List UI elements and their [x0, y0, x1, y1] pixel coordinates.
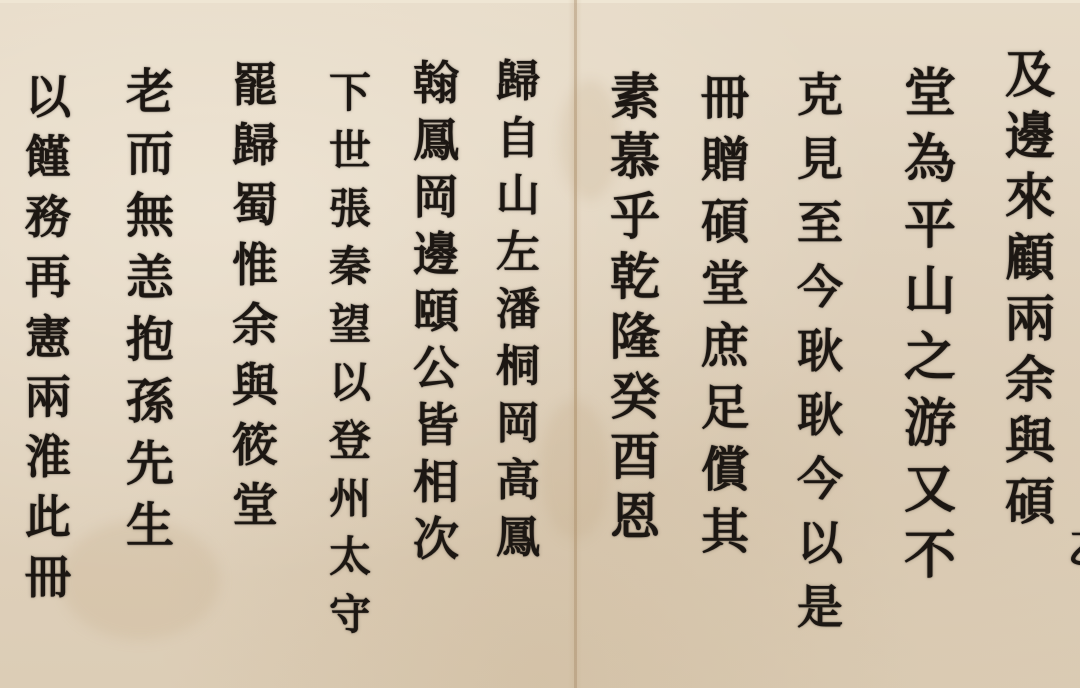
character: 以	[329, 362, 371, 404]
character: 生	[126, 502, 174, 550]
character: 碩	[701, 198, 749, 246]
character: 左	[496, 231, 540, 275]
character: 惟	[232, 242, 278, 288]
character: 望	[329, 304, 371, 346]
character: 高	[496, 459, 540, 503]
character: 其	[701, 508, 749, 556]
character: 之	[904, 332, 956, 384]
character: 碩	[1005, 477, 1055, 527]
character: 平	[904, 200, 956, 252]
character: 與	[1005, 416, 1055, 466]
character: 秦	[329, 246, 371, 288]
text-column-5: 素慕乎乾隆癸酉恩	[610, 72, 660, 552]
character: 憲	[25, 314, 71, 360]
character: 罷	[232, 62, 278, 108]
calligraphy-paper: 及邊來顧兩余與碩堂為平山之游又不克見至今耿耿今以是冊贈碩堂庶足償其素慕乎乾隆癸酉…	[0, 0, 1080, 688]
character: 邊	[413, 231, 459, 277]
text-column-4: 冊贈碩堂庶足償其	[701, 74, 749, 570]
character: 鳳	[496, 516, 540, 560]
character: 堂	[232, 482, 278, 528]
character: 老	[126, 68, 174, 116]
character: 此	[25, 494, 71, 540]
character: 與	[232, 362, 278, 408]
character: 癸	[610, 372, 660, 422]
character: 償	[701, 446, 749, 494]
character: 足	[701, 384, 749, 432]
character: 自	[496, 117, 540, 161]
character: 而	[126, 130, 174, 178]
character: 酉	[610, 432, 660, 482]
character: 贈	[701, 136, 749, 184]
text-column-8: 下世張秦望以登州太守	[329, 72, 371, 652]
character: 兩	[25, 374, 71, 420]
character: 庶	[701, 322, 749, 370]
text-column-6: 歸自山左潘桐岡高鳳	[496, 60, 540, 573]
character: 克	[797, 72, 843, 118]
character: 筱	[232, 422, 278, 468]
character: 顧	[1005, 233, 1055, 283]
character: 為	[904, 134, 956, 186]
character: 恩	[610, 492, 660, 542]
character: 乎	[610, 192, 660, 242]
character: 歸	[232, 122, 278, 168]
character: 山	[904, 266, 956, 318]
character: 游	[904, 398, 956, 450]
character: 無	[126, 192, 174, 240]
character: 鳳	[413, 117, 459, 163]
character: 再	[25, 254, 71, 300]
character: 頤	[413, 288, 459, 334]
character: 以	[25, 74, 71, 120]
character: 孫	[126, 378, 174, 426]
character: 山	[496, 174, 540, 218]
character: 余	[232, 302, 278, 348]
edge-fragment: 乙	[1068, 530, 1080, 570]
character: 乾	[610, 252, 660, 302]
character: 及	[1005, 50, 1055, 100]
fold-seam	[574, 0, 577, 688]
text-column-7: 翰鳳岡邊頤公皆相次	[413, 60, 459, 573]
character: 兩	[1005, 294, 1055, 344]
character: 歸	[496, 60, 540, 104]
character: 務	[25, 194, 71, 240]
text-column-9: 罷歸蜀惟余與筱堂	[232, 62, 278, 542]
character: 今	[797, 456, 843, 502]
character: 慕	[610, 132, 660, 182]
character: 堂	[701, 260, 749, 308]
character: 蜀	[232, 182, 278, 228]
character: 州	[329, 478, 371, 520]
character: 不	[904, 530, 956, 582]
character: 來	[1005, 172, 1055, 222]
character: 堂	[904, 68, 956, 120]
character: 淮	[25, 434, 71, 480]
text-column-3: 克見至今耿耿今以是	[797, 72, 843, 648]
text-column-1: 及邊來顧兩余與碩	[1005, 50, 1055, 538]
character: 次	[413, 516, 459, 562]
character: 翰	[413, 60, 459, 106]
character: 又	[904, 464, 956, 516]
character: 岡	[413, 174, 459, 220]
character: 公	[413, 345, 459, 391]
character: 岡	[496, 402, 540, 446]
character: 恙	[126, 254, 174, 302]
character: 登	[329, 420, 371, 462]
character: 太	[329, 536, 371, 578]
character: 守	[329, 594, 371, 636]
character: 張	[329, 188, 371, 230]
character: 潘	[496, 288, 540, 332]
character: 耿	[797, 328, 843, 374]
character: 饉	[25, 134, 71, 180]
character: 邊	[1005, 111, 1055, 161]
character: 素	[610, 72, 660, 122]
character: 見	[797, 136, 843, 182]
text-column-11: 以饉務再憲兩淮此冊	[25, 74, 71, 614]
text-column-2: 堂為平山之游又不	[904, 68, 956, 596]
character: 以	[797, 520, 843, 566]
character: 耿	[797, 392, 843, 438]
character: 是	[797, 584, 843, 630]
character: 桐	[496, 345, 540, 389]
character: 余	[1005, 355, 1055, 405]
character: 至	[797, 200, 843, 246]
character: 下	[329, 72, 371, 114]
paper-top-edge	[0, 0, 1080, 3]
character: 冊	[701, 74, 749, 122]
character: 抱	[126, 316, 174, 364]
character: 冊	[25, 554, 71, 600]
character: 隆	[610, 312, 660, 362]
character: 世	[329, 130, 371, 172]
partial-character: 乙	[1068, 530, 1080, 570]
character: 今	[797, 264, 843, 310]
character: 先	[126, 440, 174, 488]
character: 相	[413, 459, 459, 505]
character: 皆	[413, 402, 459, 448]
text-column-10: 老而無恙抱孫先生	[126, 68, 174, 564]
